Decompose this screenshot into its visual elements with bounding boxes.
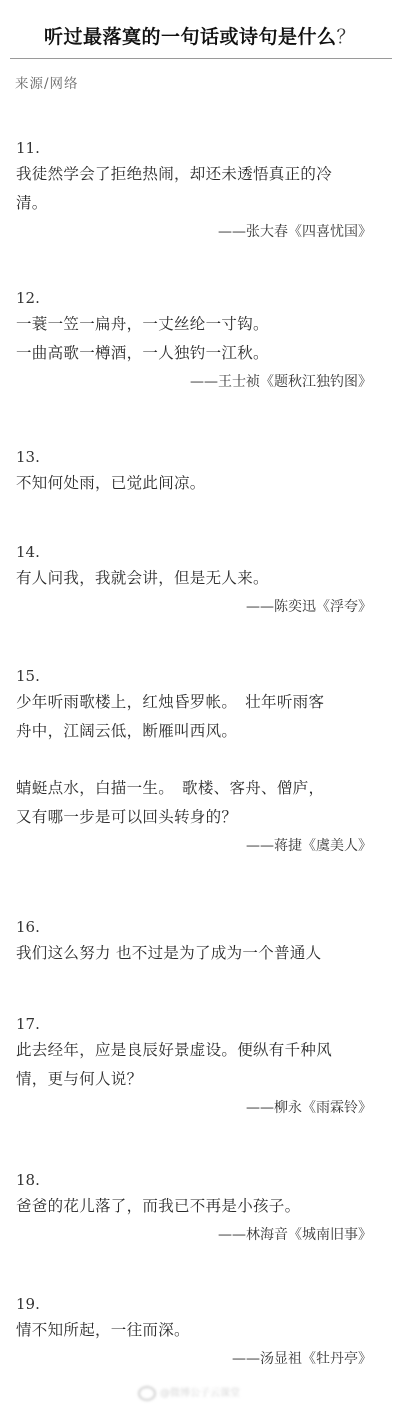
quote-line: 我徒然学会了拒绝热闹，却还未透悟真正的冷 xyxy=(16,160,380,189)
quote-number: 18. xyxy=(16,1168,380,1192)
quote-number: 11. xyxy=(16,136,380,160)
quote-attribution: ——陈奕迅《浮夸》 xyxy=(16,593,380,621)
quote-number: 19. xyxy=(16,1292,380,1316)
quote-line: 情，更与何人说？ xyxy=(16,1065,380,1094)
quote-number: 17. xyxy=(16,1012,380,1036)
source-label: 来源/网络 xyxy=(15,72,79,92)
quote-attribution: ——柳永《雨霖铃》 xyxy=(16,1094,380,1122)
quote-line: 又有哪一步是可以回头转身的？ xyxy=(16,803,380,832)
weibo-logo-icon xyxy=(138,1386,156,1401)
quote-line: 爸爸的花儿落了，而我已不再是小孩子。 xyxy=(16,1192,380,1221)
quote-line: 不知何处雨，已觉此间凉。 xyxy=(16,469,380,498)
paragraph-gap xyxy=(16,746,380,774)
quote-line: 舟中，江阔云低，断雁叫西风。 xyxy=(16,717,380,746)
quote-attribution: ——蒋捷《虞美人》 xyxy=(16,832,380,860)
quote-line: 此去经年，应是良辰好景虚设。便纵有千种风 xyxy=(16,1036,380,1065)
quote-attribution: ——王士祯《题秋江独钓图》 xyxy=(16,368,380,396)
quote-entry: 18.爸爸的花儿落了，而我已不再是小孩子。——林海音《城南旧事》 xyxy=(16,1168,380,1249)
quote-entry: 19.情不知所起，一往而深。——汤显祖《牡丹亭》 xyxy=(16,1292,380,1373)
page-title: 听过最落寞的一句话或诗句是什么？ xyxy=(0,22,400,49)
quote-entry: 13.不知何处雨，已觉此间凉。 xyxy=(16,445,380,498)
quote-entry: 14.有人问我，我就会讲，但是无人来。——陈奕迅《浮夸》 xyxy=(16,540,380,621)
quote-line: 有人问我，我就会讲，但是无人来。 xyxy=(16,564,380,593)
quote-number: 15. xyxy=(16,664,380,688)
quote-attribution: ——张大春《四喜忧国》 xyxy=(16,218,380,246)
watermark-text: @微博公子云课堂 xyxy=(160,1388,240,1399)
quote-line: 情不知所起，一往而深。 xyxy=(16,1316,380,1345)
quote-attribution: ——汤显祖《牡丹亭》 xyxy=(16,1345,380,1373)
quote-line: 一曲高歌一樽酒，一人独钓一江秋。 xyxy=(16,339,380,368)
quote-number: 13. xyxy=(16,445,380,469)
watermark: @微博公子云课堂 xyxy=(138,1384,240,1401)
title-question-mark: ？ xyxy=(337,26,357,48)
quote-entry: 15.少年听雨歌楼上，红烛昏罗帐。 壮年听雨客舟中，江阔云低，断雁叫西风。蜻蜓点… xyxy=(16,664,380,860)
quote-line: 蜻蜓点水，白描一生。 歌楼、客舟、僧庐， xyxy=(16,774,380,803)
quote-line: 我们这么努力 也不过是为了成为一个普通人 xyxy=(16,939,380,968)
title-text: 听过最落寞的一句话或诗句是什么 xyxy=(44,26,337,48)
quote-line: 一蓑一笠一扁舟，一丈丝纶一寸钩。 xyxy=(16,310,380,339)
quote-entry: 17.此去经年，应是良辰好景虚设。便纵有千种风情，更与何人说？——柳永《雨霖铃》 xyxy=(16,1012,380,1122)
title-divider xyxy=(10,58,392,59)
quote-line: 清。 xyxy=(16,189,380,218)
quote-line: 少年听雨歌楼上，红烛昏罗帐。 壮年听雨客 xyxy=(16,688,380,717)
quote-entry: 11.我徒然学会了拒绝热闹，却还未透悟真正的冷清。——张大春《四喜忧国》 xyxy=(16,136,380,246)
quote-attribution: ——林海音《城南旧事》 xyxy=(16,1221,380,1249)
quote-number: 12. xyxy=(16,286,380,310)
quote-number: 16. xyxy=(16,915,380,939)
quote-entry: 16.我们这么努力 也不过是为了成为一个普通人 xyxy=(16,915,380,968)
quote-number: 14. xyxy=(16,540,380,564)
quote-entry: 12.一蓑一笠一扁舟，一丈丝纶一寸钩。一曲高歌一樽酒，一人独钓一江秋。——王士祯… xyxy=(16,286,380,396)
